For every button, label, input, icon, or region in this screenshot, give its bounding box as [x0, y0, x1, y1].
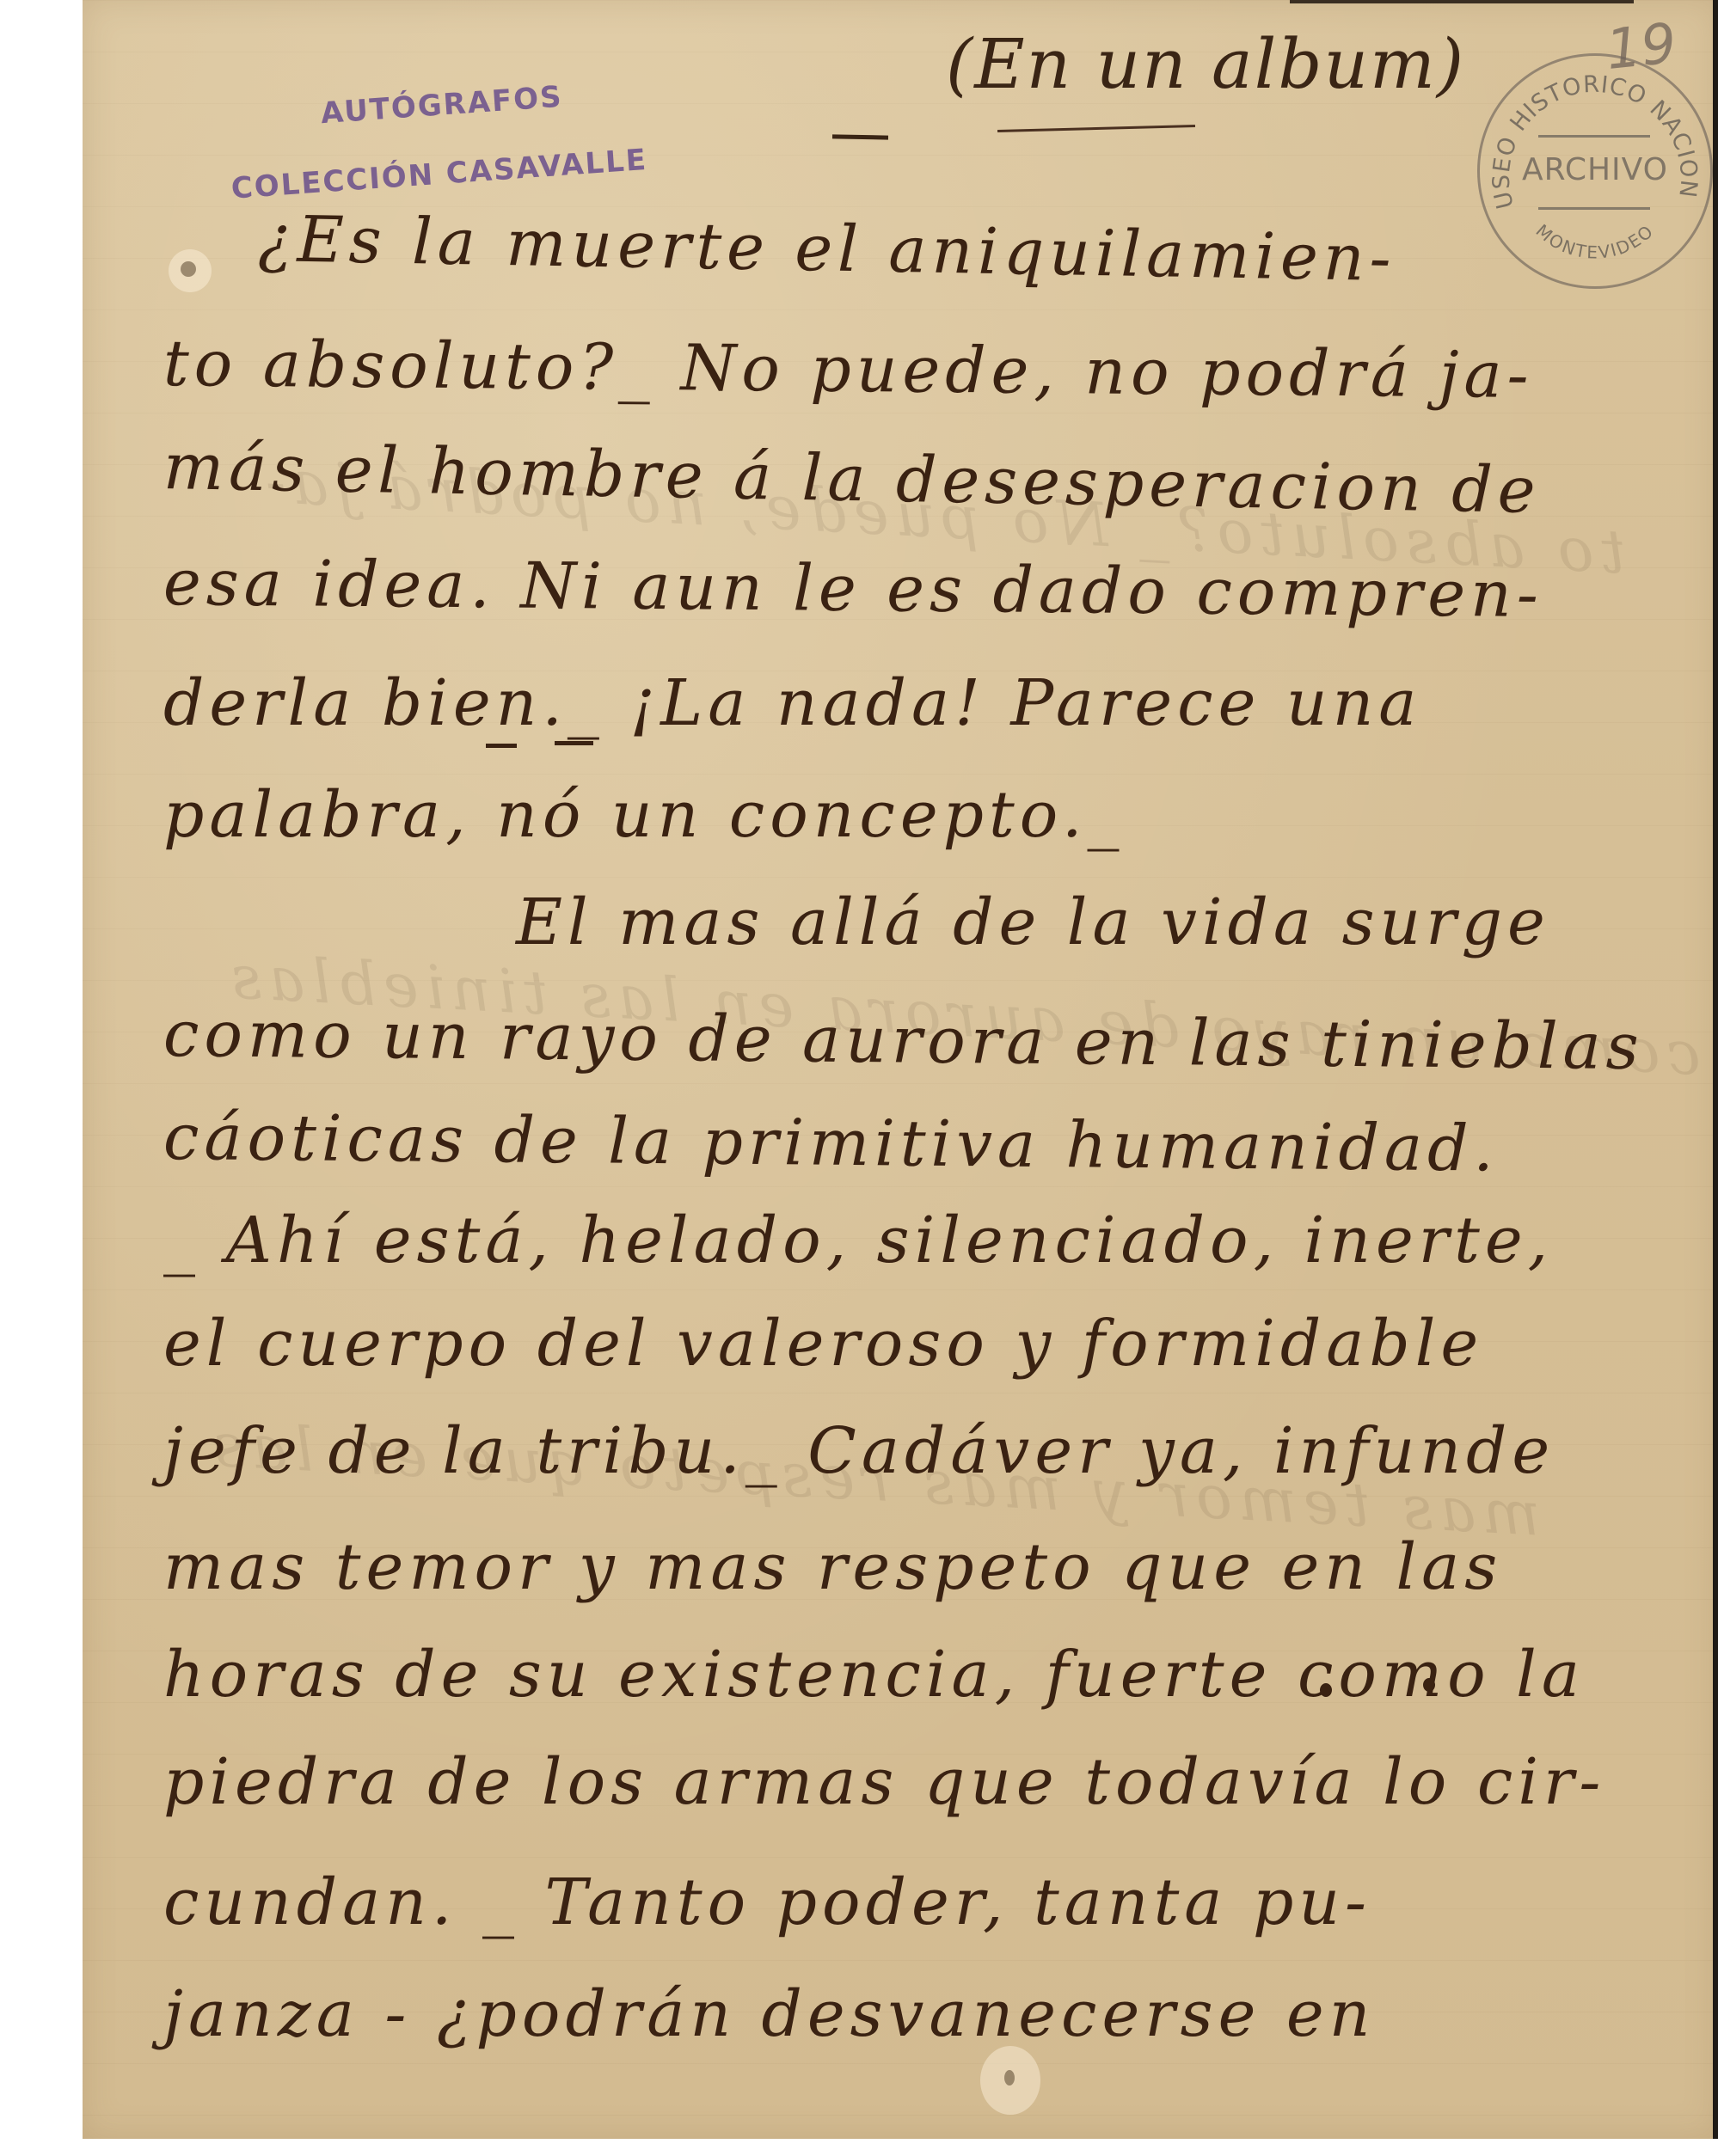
- line-text: derla bien._ ¡La nada! Parece una: [163, 666, 1421, 740]
- manuscript-line: El mas allá de la vida surge: [516, 885, 1550, 959]
- manuscript-line: esa idea. Ni aun le es dado compren-: [163, 546, 1544, 632]
- manuscript-line: como un rayo de aurora en las tinieblas: [163, 997, 1644, 1084]
- manuscript-line: horas de su existencia, fuerte como la: [163, 1638, 1585, 1712]
- manuscript-line: derla bien._ ¡La nada! Parece una: [163, 666, 1421, 740]
- stamp-rule-bottom: [1538, 207, 1650, 210]
- manuscript-heading: (En un album): [946, 24, 1465, 104]
- scan-edge-right: [1713, 0, 1718, 2139]
- stamp-ring-text: MUSEO HISTORICO NACIONAL: [1480, 56, 1702, 211]
- stamp-rule-top: [1538, 135, 1650, 138]
- manuscript-line: mas temor y mas respeto que en las: [163, 1530, 1502, 1604]
- paper-spot: [1004, 2070, 1015, 2086]
- manuscript-line: _ Ahí está, helado, silenciado, inerte,: [163, 1204, 1553, 1277]
- scan-edge-top: [1290, 0, 1634, 3]
- manuscript-line: jefe de la tribu._ Cadáver ya, infunde: [163, 1414, 1555, 1488]
- manuscript-line: cundan. _ Tanto poder, tanta pu-: [163, 1865, 1371, 1939]
- ink-dot: [1320, 1683, 1332, 1697]
- svg-text:MUSEO HISTORICO NACIONAL: MUSEO HISTORICO NACIONAL: [1480, 56, 1702, 211]
- archive-stamp: MUSEO HISTORICO NACIONAL - MONTEVIDEO - …: [1477, 53, 1713, 289]
- manuscript-line: to absoluto?_ No puede, no podrá ja-: [163, 327, 1534, 413]
- stamp-center-text: ARCHIVO: [1480, 152, 1710, 187]
- paper-spot: [181, 261, 196, 277]
- manuscript-line: cáoticas de la primitiva humanidad.: [163, 1100, 1500, 1186]
- manuscript-line: el cuerpo del valeroso y formidable: [163, 1307, 1483, 1381]
- manuscript-line: piedra de los armas que todavía lo cir-: [163, 1745, 1605, 1819]
- ink-dot: [1423, 1678, 1435, 1692]
- manuscript-line: janza - ¿podrán desvanecerse en: [163, 1977, 1375, 2051]
- underline-la: [486, 744, 517, 748]
- underline-nada: [555, 741, 593, 745]
- manuscript-line: palabra, nó un concepto._: [163, 778, 1125, 852]
